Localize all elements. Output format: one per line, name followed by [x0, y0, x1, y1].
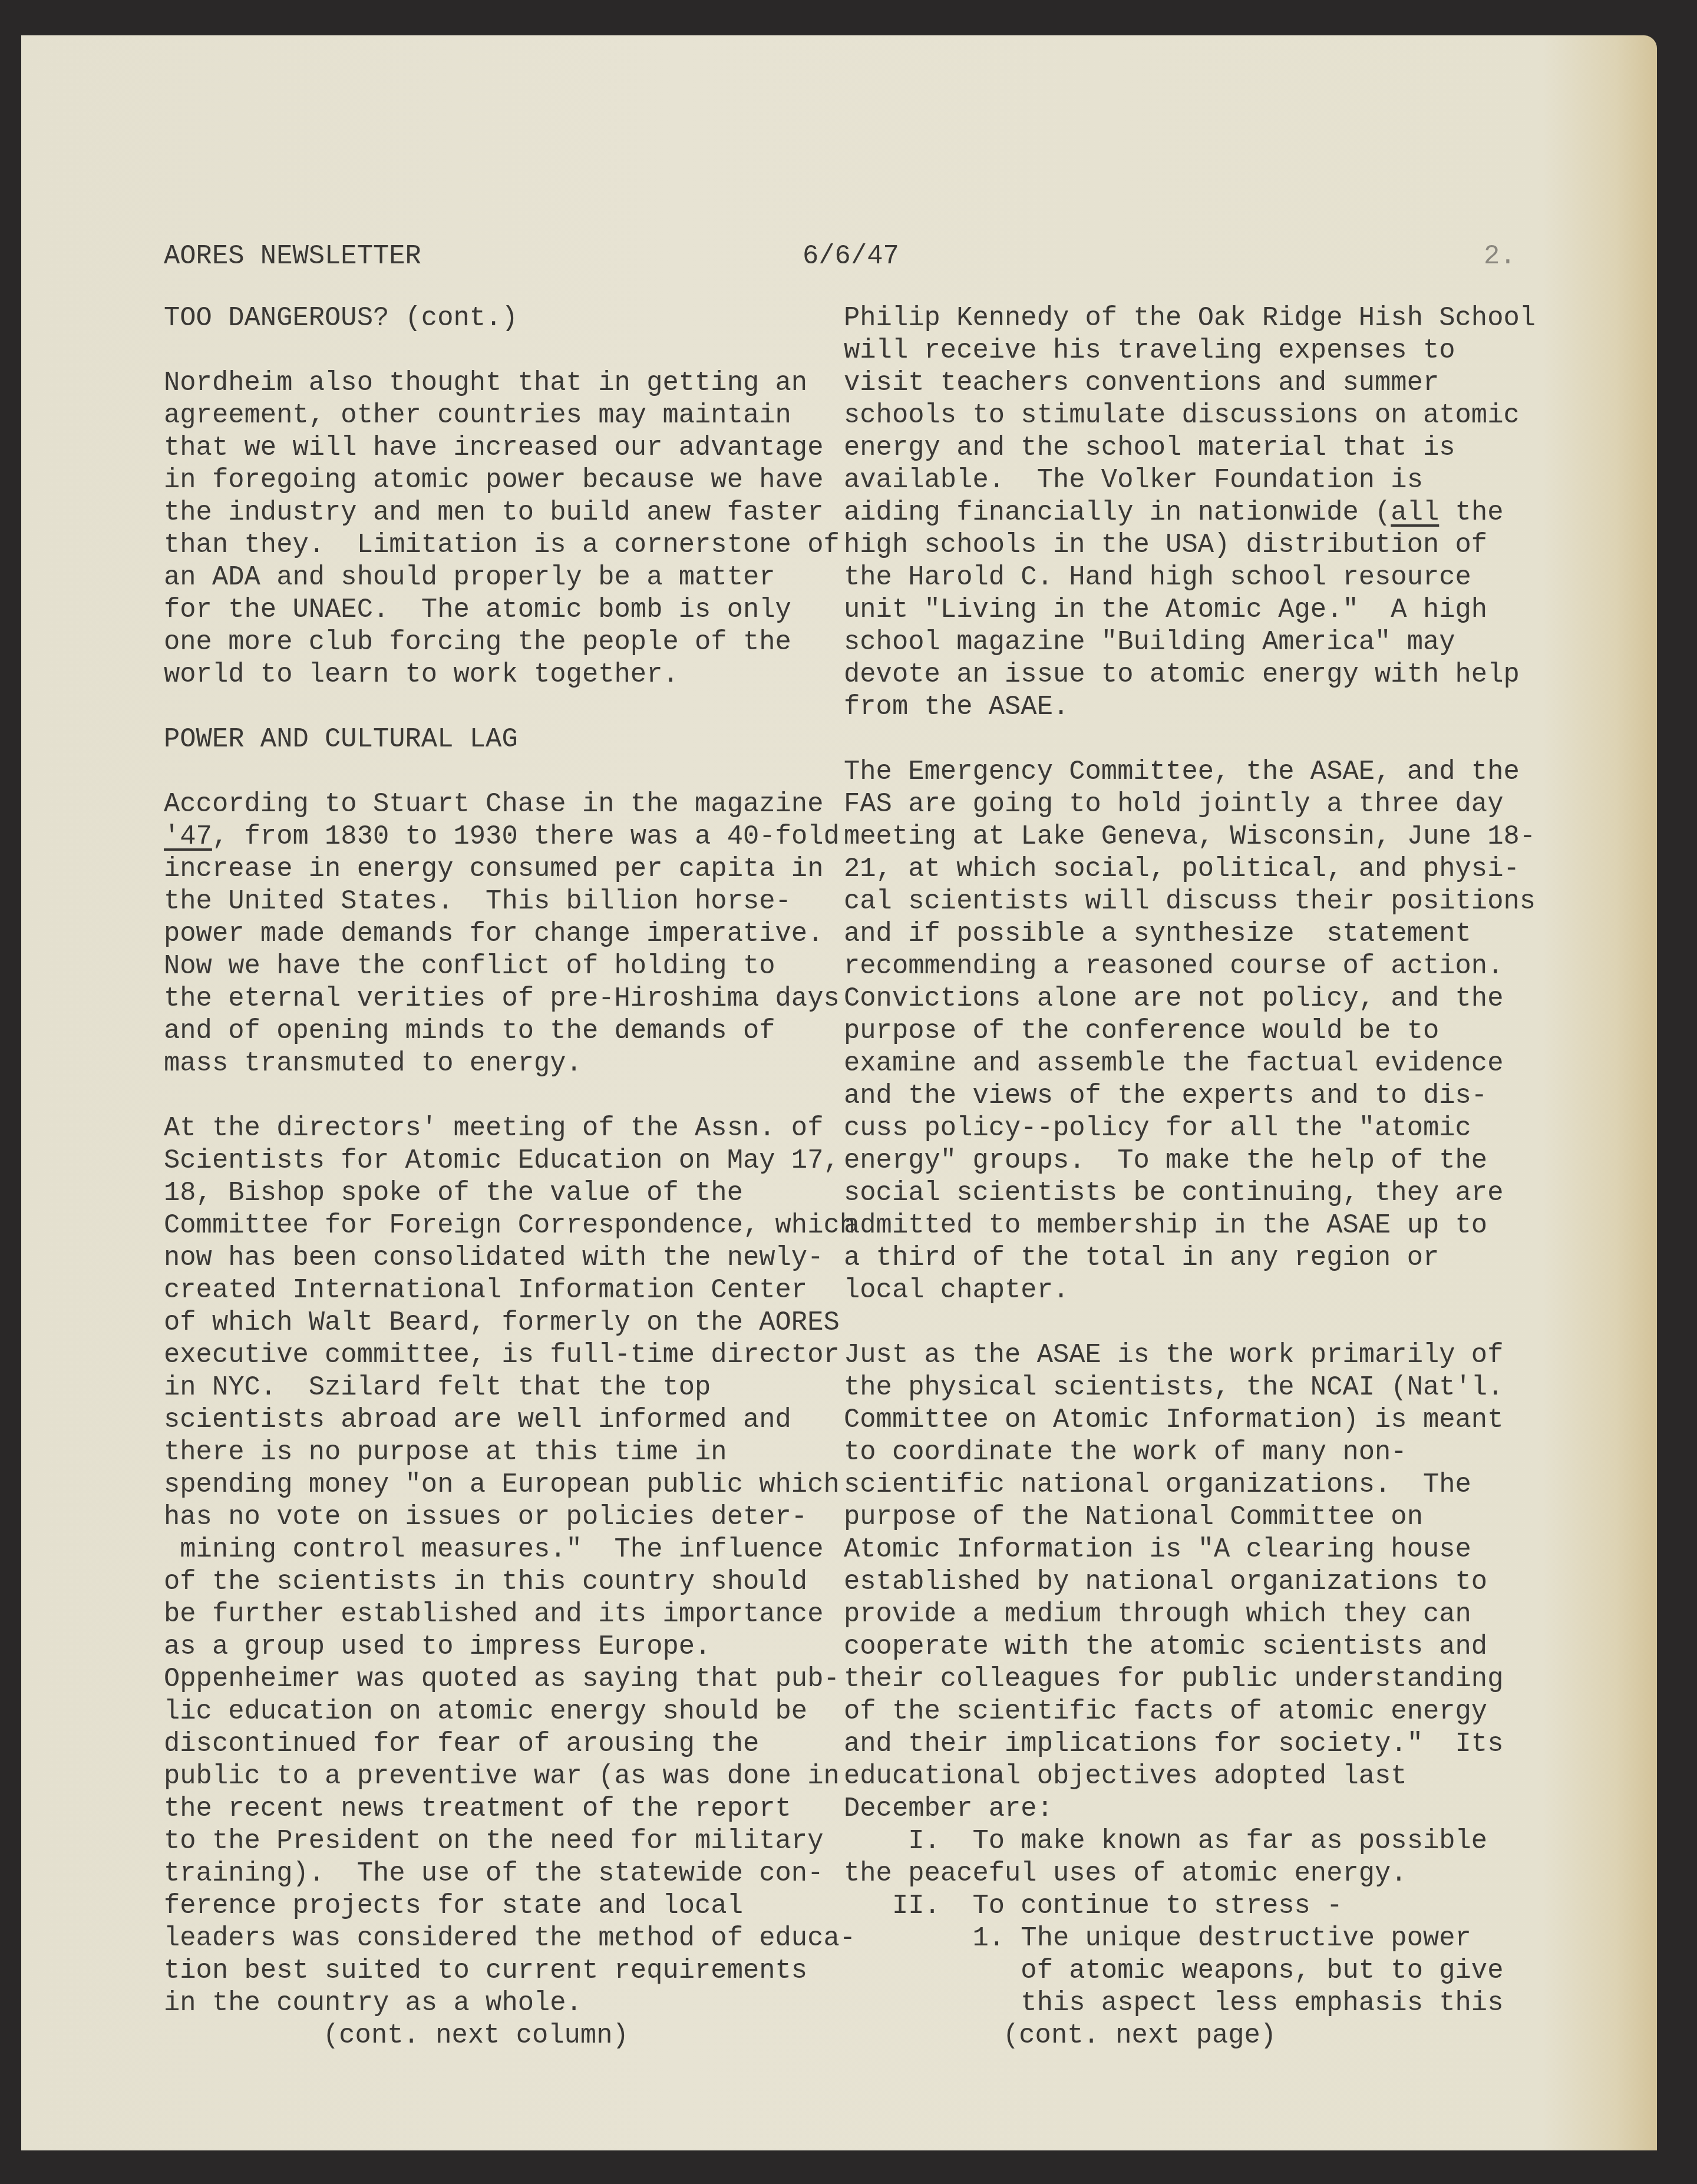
text-line: the peaceful uses of atomic energy. — [844, 1858, 1536, 1890]
text-line: schools to stimulate discussions on atom… — [844, 399, 1536, 432]
text-line: training). The use of the statewide con- — [164, 1858, 856, 1890]
text-line: executive committee, is full-time direct… — [164, 1339, 856, 1372]
text-line: world to learn to work together. — [164, 659, 856, 691]
page-number: 2. — [1484, 240, 1516, 273]
text-line: social scientists be continuing, they ar… — [844, 1177, 1536, 1210]
text-line: At the directors' meeting of the Assn. o… — [164, 1112, 856, 1145]
newsletter-title: AORES NEWSLETTER — [164, 240, 421, 273]
text-line: of which Walt Beard, formerly on the AOR… — [164, 1307, 856, 1339]
text-line: will receive his traveling expenses to — [844, 335, 1536, 367]
text-line: purpose of the conference would be to — [844, 1015, 1536, 1048]
text-line: examine and assemble the factual evidenc… — [844, 1048, 1536, 1080]
text-line: to coordinate the work of many non- — [844, 1436, 1536, 1469]
text-line: 18, Bishop spoke of the value of the — [164, 1177, 856, 1210]
text-line: cuss policy--policy for all the "atomic — [844, 1112, 1536, 1145]
text-line: Convictions alone are not policy, and th… — [844, 983, 1536, 1015]
section-heading-too-dangerous: TOO DANGEROUS? (cont.) — [164, 302, 856, 335]
text-line: energy" groups. To make the help of the — [844, 1145, 1536, 1177]
text-line: available. The Volker Foundation is — [844, 464, 1536, 497]
text-line: According to Stuart Chase in the magazin… — [164, 788, 856, 821]
text-line: the industry and men to build anew faste… — [164, 497, 856, 529]
text-line: of atomic weapons, but to give — [844, 1955, 1536, 1987]
text-line: unit "Living in the Atomic Age." A high — [844, 594, 1536, 626]
text-line: of the scientists in this country should — [164, 1566, 856, 1598]
issue-date: 6/6/47 — [803, 240, 899, 273]
text-line: meeting at Lake Geneva, Wisconsin, June … — [844, 821, 1536, 853]
text-line: as a group used to impress Europe. — [164, 1631, 856, 1663]
text-line: 21, at which social, political, and phys… — [844, 853, 1536, 886]
text-line: the physical scientists, the NCAI (Nat'l… — [844, 1372, 1536, 1404]
text-line: provide a medium through which they can — [844, 1598, 1536, 1631]
text-line: agreement, other countries may maintain — [164, 399, 856, 432]
text-line: Now we have the conflict of holding to — [164, 950, 856, 983]
text-line: that we will have increased our advantag… — [164, 432, 856, 464]
text-line: The Emergency Committee, the ASAE, and t… — [844, 756, 1536, 788]
text-line: the United States. This billion horse- — [164, 886, 856, 918]
magazine-name-underlined: '47 — [164, 821, 212, 852]
text-line: local chapter. — [844, 1274, 1536, 1307]
text-line: established by national organizations to — [844, 1566, 1536, 1598]
text-line: Atomic Information is "A clearing house — [844, 1534, 1536, 1566]
text-line: Committee for Foreign Correspondence, wh… — [164, 1210, 856, 1242]
emphasis-underlined: all — [1391, 497, 1439, 528]
text-line: in the country as a whole. — [164, 1987, 856, 2020]
text-line: a third of the total in any region or — [844, 1242, 1536, 1274]
text-line: for the UNAEC. The atomic bomb is only — [164, 594, 856, 626]
text-line: aiding financially in nationwide (all th… — [844, 497, 1536, 529]
text-line: of the scientific facts of atomic energy — [844, 1696, 1536, 1728]
text-line: Committee on Atomic Information) is mean… — [844, 1404, 1536, 1436]
text-line: created International Information Center — [164, 1274, 856, 1307]
text-line: from the ASAE. — [844, 691, 1536, 723]
text-line: cal scientists will discuss their positi… — [844, 886, 1536, 918]
text-line: public to a preventive war (as was done … — [164, 1760, 856, 1793]
text-line: now has been consolidated with the newly… — [164, 1242, 856, 1274]
text-line: Scientists for Atomic Education on May 1… — [164, 1145, 856, 1177]
continuation-note: (cont. next page) — [844, 2020, 1536, 2052]
text-line: and if possible a synthesize statement — [844, 918, 1536, 950]
text-line: scientists abroad are well informed and — [164, 1404, 856, 1436]
text-line: scientific national organizations. The — [844, 1469, 1536, 1501]
text-line: power made demands for change imperative… — [164, 918, 856, 950]
text-line: the Harold C. Hand high school resource — [844, 561, 1536, 594]
text-line: and the views of the experts and to dis- — [844, 1080, 1536, 1112]
text-line: purpose of the National Committee on — [844, 1501, 1536, 1534]
text-line: the recent news treatment of the report — [164, 1793, 856, 1825]
text-line: Nordheim also thought that in getting an — [164, 367, 856, 399]
text-line: has no vote on issues or policies deter- — [164, 1501, 856, 1534]
text-line: their colleagues for public understandin… — [844, 1663, 1536, 1696]
text-line: lic education on atomic energy should be — [164, 1696, 856, 1728]
text-line: to the President on the need for militar… — [164, 1825, 856, 1858]
section-heading-power-cultural-lag: POWER AND CULTURAL LAG — [164, 723, 856, 756]
text-line: leaders was considered the method of edu… — [164, 1922, 856, 1955]
text-line: in NYC. Szilard felt that the top — [164, 1372, 856, 1404]
text-line: cooperate with the atomic scientists and — [844, 1631, 1536, 1663]
text-line: and of opening minds to the demands of — [164, 1015, 856, 1048]
right-column: Philip Kennedy of the Oak Ridge Hish Sch… — [844, 302, 1536, 2052]
text-line: '47, from 1830 to 1930 there was a 40-fo… — [164, 821, 856, 853]
text-line: December are: — [844, 1793, 1536, 1825]
text-line: tion best suited to current requirements — [164, 1955, 856, 1987]
text-line: high schools in the USA) distribution of — [844, 529, 1536, 561]
text-line: educational objectives adopted last — [844, 1760, 1536, 1793]
continuation-note: (cont. next column) — [164, 2020, 856, 2052]
text-line: ference projects for state and local — [164, 1890, 856, 1922]
text-line: mining control measures." The influence — [164, 1534, 856, 1566]
text-line: devote an issue to atomic energy with he… — [844, 659, 1536, 691]
text-line: Just as the ASAE is the work primarily o… — [844, 1339, 1536, 1372]
text-line: this aspect less emphasis this — [844, 1987, 1536, 2020]
text-line: increase in energy consumed per capita i… — [164, 853, 856, 886]
sub-list-item-1: 1. The unique destructive power — [844, 1922, 1536, 1955]
list-item-objective-2: II. To continue to stress - — [844, 1890, 1536, 1922]
text-line: visit teachers conventions and summer — [844, 367, 1536, 399]
text-line: there is no purpose at this time in — [164, 1436, 856, 1469]
text-line: recommending a reasoned course of action… — [844, 950, 1536, 983]
text-line: FAS are going to hold jointly a three da… — [844, 788, 1536, 821]
text-line: admitted to membership in the ASAE up to — [844, 1210, 1536, 1242]
text-line: spending money "on a European public whi… — [164, 1469, 856, 1501]
text-line: discontinued for fear of arousing the — [164, 1728, 856, 1760]
text-line: and their implications for society." Its — [844, 1728, 1536, 1760]
text-line: be further established and its importanc… — [164, 1598, 856, 1631]
text-line: than they. Limitation is a cornerstone o… — [164, 529, 856, 561]
text-line: energy and the school material that is — [844, 432, 1536, 464]
list-item-objective-1: I. To make known as far as possible — [844, 1825, 1536, 1858]
text-line: in foregoing atomic power because we hav… — [164, 464, 856, 497]
text-line: an ADA and should properly be a matter — [164, 561, 856, 594]
left-column: TOO DANGEROUS? (cont.) Nordheim also tho… — [164, 302, 856, 2052]
text-line: one more club forcing the people of the — [164, 626, 856, 659]
text-line: Oppenheimer was quoted as saying that pu… — [164, 1663, 856, 1696]
text-line: school magazine "Building America" may — [844, 626, 1536, 659]
text-line: the eternal verities of pre-Hiroshima da… — [164, 983, 856, 1015]
text-line: mass transmuted to energy. — [164, 1048, 856, 1080]
text-line: Philip Kennedy of the Oak Ridge Hish Sch… — [844, 302, 1536, 335]
